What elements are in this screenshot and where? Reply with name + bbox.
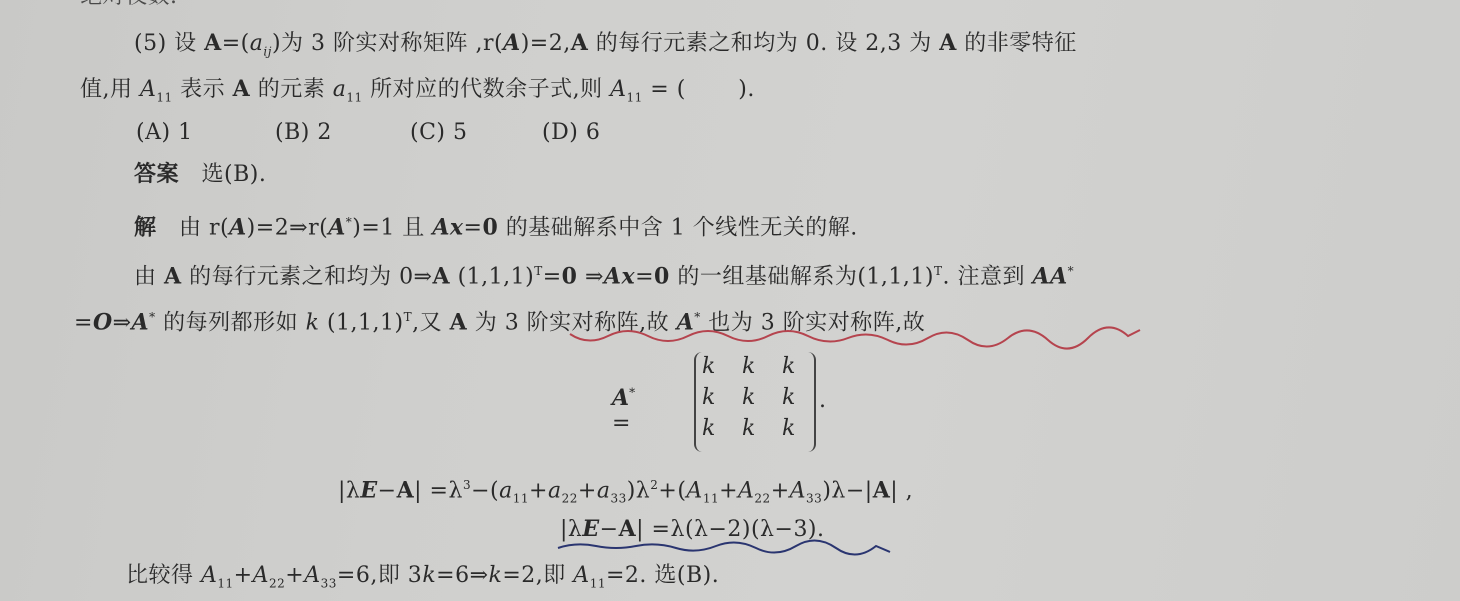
answer-heading: 答案 (134, 162, 179, 187)
equation-1: |λE−A| =λ3−(a11+a22+a33)λ2+(A11+A22+A33)… (338, 470, 913, 514)
cut-off-text: 绝对夜数. (80, 0, 178, 12)
option-a: (A) 1 (136, 118, 193, 148)
blue-wavy-underline (556, 540, 896, 556)
problem-number: (5) (134, 31, 167, 56)
problem-line-2: 值,用 A11 表示 A 的元素 a11 所对应的代数余子式,则 A11 = (… (80, 74, 755, 112)
problem-line-1: (5) 设 A=(aij)为 3 阶实对称矩阵 ,r(A)=2,A 的每行元素之… (134, 28, 1077, 66)
solution-heading: 解 (134, 215, 157, 240)
answer-line: 答案 选(B). (134, 160, 266, 190)
answer-text: 选(B). (202, 162, 267, 187)
solution-line-1: 解 由 r(A)=2⇒r(A*)=1 且 Ax=0 的基础解系中含 1 个线性无… (134, 207, 858, 243)
option-c: (C) 5 (410, 118, 468, 148)
option-b: (B) 2 (275, 118, 332, 148)
option-d: (D) 6 (542, 118, 600, 148)
conclusion-line: 比较得 A11+A22+A33=6,即 3k=6⇒k=2,即 A11=2. 选(… (126, 561, 719, 598)
red-wavy-underline (568, 328, 1148, 348)
solution-line-2: 由 A 的每行元素之和均为 0⇒A (1,1,1)T=0 ⇒Ax=0 的一组基础… (134, 256, 1074, 292)
matrix-brackets: k k k k k k k k k (694, 352, 816, 452)
